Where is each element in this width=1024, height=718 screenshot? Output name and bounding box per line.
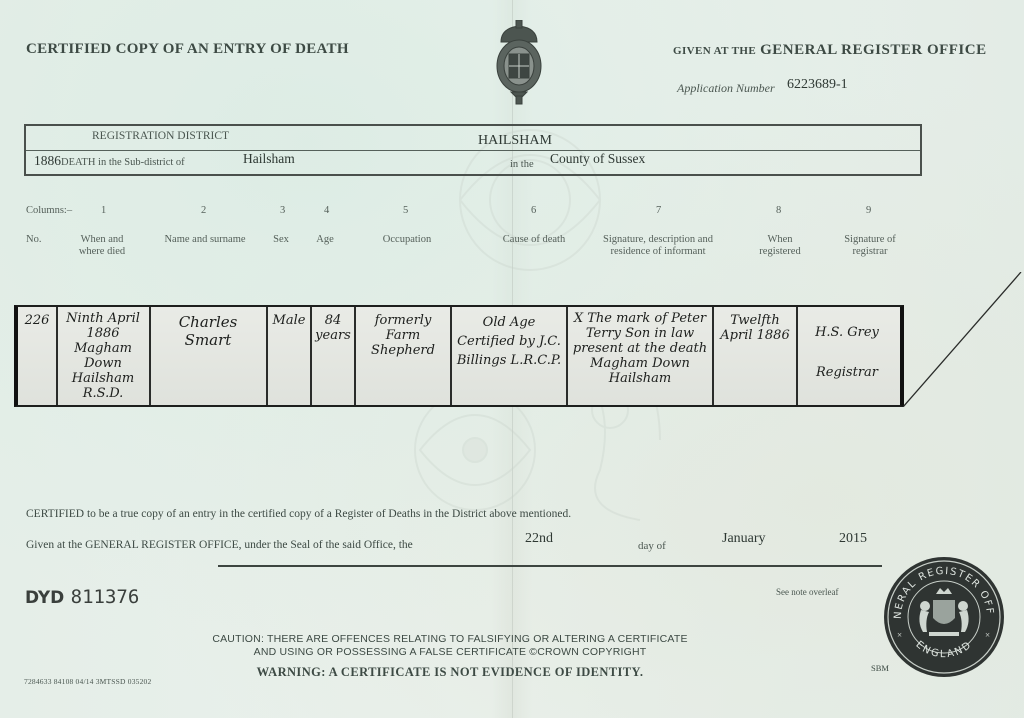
columns-prefix: Columns:– (26, 205, 72, 216)
document-title: CERTIFIED COPY OF AN ENTRY OF DEATH (26, 41, 349, 58)
column-number-1: 1 (101, 205, 106, 216)
column-number-9: 9 (866, 205, 871, 216)
column-header-informant: Signature, description and residence of … (592, 234, 724, 258)
subdistrict-label: DEATH in the Sub-district of (61, 157, 185, 168)
column-header-sex: Sex (266, 234, 296, 246)
column-divider (450, 307, 452, 405)
coat-of-arms-seal-icon: GENERAL REGISTER OFFICE ENGLAND × × (883, 556, 1005, 678)
royal-crest-icon (487, 20, 551, 106)
entry-name: Charles Smart (158, 313, 258, 349)
certification-statement: CERTIFIED to be a true copy of an entry … (26, 508, 571, 520)
column-number-4: 4 (324, 205, 329, 216)
column-divider (796, 307, 798, 405)
see-note-overleaf: See note overleaf (776, 587, 838, 597)
given-at-label: GIVEN AT THE (673, 45, 756, 57)
column-header-age: Age (308, 234, 342, 246)
column-number-8: 8 (776, 205, 781, 216)
column-number-2: 2 (201, 205, 206, 216)
column-divider (566, 307, 568, 405)
entry-cause-of-death: Old Age Certified by J.C. Billings L.R.C… (454, 313, 564, 370)
serial-number: 811376 (71, 586, 140, 608)
certificate-serial: DYD 811376 (25, 584, 139, 608)
entry-registrar-signature: H.S. Grey Registrar (800, 313, 894, 393)
death-entry-row: 226 Ninth April 1886 Magham Down Hailsha… (14, 305, 904, 407)
entry-occupation: formerly Farm Shepherd (358, 313, 448, 358)
caution-line-1: CAUTION: THERE ARE OFFENCES RELATING TO … (190, 633, 710, 646)
column-header-occupation: Occupation (362, 234, 452, 246)
column-header-cause: Cause of death (486, 234, 582, 246)
registration-district-value: HAILSHAM (478, 133, 552, 149)
district-divider (26, 150, 920, 151)
column-number-6: 6 (531, 205, 536, 216)
county-value: County of Sussex (550, 151, 645, 167)
application-number-label: Application Number (677, 81, 775, 96)
column-number-5: 5 (403, 205, 408, 216)
entry-when-registered: Twelfth April 1886 (716, 313, 794, 343)
column-header-no: No. (26, 234, 41, 246)
svg-text:×: × (985, 630, 990, 640)
subdistrict-value: Hailsham (243, 151, 295, 167)
registration-district-label: REGISTRATION DISTRICT (92, 130, 229, 142)
identity-warning: WARNING: A CERTIFICATE IS NOT EVIDENCE O… (190, 665, 710, 680)
serial-prefix: DYD (25, 588, 64, 608)
column-divider (712, 307, 714, 405)
entry-age: 84 years (312, 313, 354, 343)
issuer-initials: SBM (871, 663, 889, 673)
svg-text:×: × (897, 630, 902, 640)
given-under-seal-statement: Given at the GENERAL REGISTER OFFICE, un… (26, 539, 413, 551)
registration-year: 1886 (34, 153, 61, 169)
entry-sex: Male (268, 313, 310, 328)
column-number-3: 3 (280, 205, 285, 216)
application-number: 6223689-1 (787, 77, 848, 93)
column-header-when-where: When and where died (70, 234, 134, 258)
column-header-name: Name and surname (150, 234, 260, 246)
issue-month: January (722, 531, 766, 547)
county-label: in the (510, 159, 534, 170)
caution-line-2: AND USING OR POSSESSING A FALSE CERTIFIC… (190, 646, 710, 659)
cancellation-line (903, 272, 1023, 407)
day-of-label: day of (638, 540, 666, 552)
issue-day: 22nd (525, 531, 553, 547)
caution-notice: CAUTION: THERE ARE OFFENCES RELATING TO … (190, 633, 710, 659)
column-divider (149, 307, 151, 405)
column-header-registered: When registered (752, 234, 808, 258)
column-number-7: 7 (656, 205, 661, 216)
issue-year: 2015 (839, 531, 867, 547)
entry-number: 226 (20, 313, 54, 328)
print-code: 7284633 84108 04/14 3MTSSD 035202 (24, 677, 151, 686)
entry-informant: X The mark of Peter Terry Son in law pre… (570, 311, 710, 386)
column-header-registrar: Signature of registrar (832, 234, 908, 258)
issuing-office: GIVEN AT THE GENERAL REGISTER OFFICE (673, 41, 987, 59)
office-name: GENERAL REGISTER OFFICE (760, 42, 987, 58)
column-divider (354, 307, 356, 405)
signature-rule (218, 565, 882, 567)
entry-when-where-died: Ninth April 1886 Magham Down Hailsham R.… (58, 311, 148, 401)
